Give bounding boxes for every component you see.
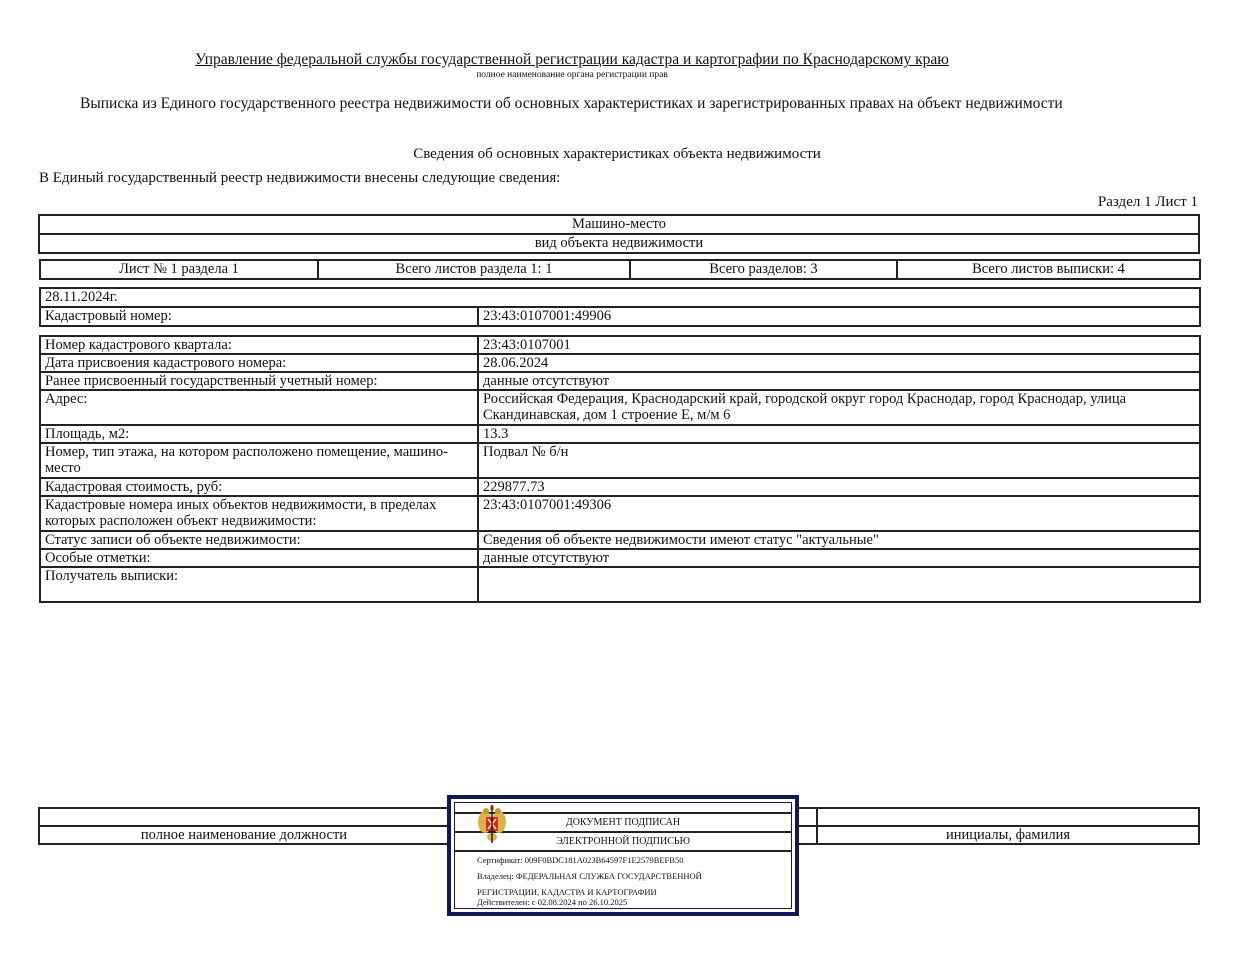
stamp-divider — [455, 850, 791, 852]
stamp-inner-border: ДОКУМЕНТ ПОДПИСАН ЭЛЕКТРОННОЙ ПОДПИСЬЮ С… — [454, 802, 792, 909]
characteristics-table: Номер кадастрового квартала: 23:43:01070… — [39, 335, 1201, 603]
sections-total: Всего разделов: 3 — [630, 260, 897, 279]
position-field — [39, 808, 449, 826]
cadastral-number-value: 23:43:0107001:49906 — [478, 307, 1200, 326]
section-sheets-total: Всего листов раздела 1: 1 — [318, 260, 630, 279]
stamp-signed-subtitle: ЭЛЕКТРОННОЙ ПОДПИСЬЮ — [455, 836, 791, 847]
row-label: Особые отметки: — [40, 549, 478, 567]
stamp-validity: Действителен: с 02.08.2024 по 26.10.2025 — [477, 897, 627, 907]
object-kind-table: Машино-место вид объекта недвижимости — [38, 214, 1200, 254]
table-row: Кадастровая стоимость, руб: 229877.73 — [40, 478, 1200, 496]
row-value: 23:43:0107001:49306 — [478, 496, 1200, 531]
row-value: Сведения об объекте недвижимости имеют с… — [478, 531, 1200, 549]
sheets-info-table: Лист № 1 раздела 1 Всего листов раздела … — [39, 259, 1201, 280]
table-row: Ранее присвоенный государственный учетны… — [40, 372, 1200, 390]
name-caption: инициалы, фамилия — [817, 826, 1199, 844]
section-title: Сведения об основных характеристиках объ… — [0, 146, 1234, 163]
row-value: Российская Федерация, Краснодарский край… — [478, 390, 1200, 425]
object-kind-value: Машино-место — [39, 215, 1199, 234]
row-value: 13.3 — [478, 425, 1200, 443]
extract-sheets-total: Всего листов выписки: 4 — [897, 260, 1200, 279]
intro-text: В Единый государственный реестр недвижим… — [39, 170, 560, 187]
row-value: Подвал № б/н — [478, 443, 1200, 478]
row-label: Площадь, м2: — [40, 425, 478, 443]
row-label: Получатель выписки: — [40, 567, 478, 602]
row-label: Номер, тип этажа, на котором расположено… — [40, 443, 478, 478]
row-label: Адрес: — [40, 390, 478, 425]
table-row: Номер, тип этажа, на котором расположено… — [40, 443, 1200, 478]
sheet-number: Лист № 1 раздела 1 — [40, 260, 318, 279]
table-row: Номер кадастрового квартала: 23:43:01070… — [40, 336, 1200, 354]
extract-date: 28.11.2024г. — [40, 288, 1200, 307]
table-row: Особые отметки: данные отсутствуют — [40, 549, 1200, 567]
row-label: Номер кадастрового квартала: — [40, 336, 478, 354]
organization-name-text: Управление федеральной службы государств… — [195, 51, 949, 68]
sheet-reference: Раздел 1 Лист 1 — [1098, 194, 1198, 211]
header-info-table: 28.11.2024г. Кадастровый номер: 23:43:01… — [39, 287, 1201, 327]
stamp-owner-line2: РЕГИСТРАЦИИ, КАДАСТРА И КАРТОГРАФИИ — [477, 887, 657, 897]
table-row: Площадь, м2: 13.3 — [40, 425, 1200, 443]
position-caption: полное наименование должности — [39, 826, 449, 844]
row-label: Статус записи об объекте недвижимости: — [40, 531, 478, 549]
stamp-owner-line1: Владелец: ФЕДЕРАЛЬНАЯ СЛУЖБА ГОСУДАРСТВЕ… — [477, 871, 702, 881]
row-value — [478, 567, 1200, 602]
stamp-certificate: Сертификат: 009F0BDC181A023B64597F1E2579… — [477, 855, 683, 865]
organization-name: Управление федеральной службы государств… — [0, 51, 1144, 69]
row-value: данные отсутствуют — [478, 372, 1200, 390]
table-row: Получатель выписки: — [40, 567, 1200, 602]
document-title: Выписка из Единого государственного реес… — [80, 95, 1063, 113]
organization-caption: полное наименование органа регистрации п… — [0, 70, 1144, 80]
row-label: Ранее присвоенный государственный учетны… — [40, 372, 478, 390]
row-label: Дата присвоения кадастрового номера: — [40, 354, 478, 372]
row-label: Кадастровая стоимость, руб: — [40, 478, 478, 496]
table-row: Адрес: Российская Федерация, Краснодарск… — [40, 390, 1200, 425]
row-value: 229877.73 — [478, 478, 1200, 496]
object-kind-caption: вид объекта недвижимости — [39, 234, 1199, 253]
electronic-signature-stamp: ДОКУМЕНТ ПОДПИСАН ЭЛЕКТРОННОЙ ПОДПИСЬЮ С… — [447, 795, 799, 916]
table-row: Дата присвоения кадастрового номера: 28.… — [40, 354, 1200, 372]
table-row: Кадастровые номера иных объектов недвижи… — [40, 496, 1200, 531]
row-value: 23:43:0107001 — [478, 336, 1200, 354]
row-label: Кадастровые номера иных объектов недвижи… — [40, 496, 478, 531]
table-row: Статус записи об объекте недвижимости: С… — [40, 531, 1200, 549]
row-value: данные отсутствуют — [478, 549, 1200, 567]
name-field — [817, 808, 1199, 826]
cadastral-number-label: Кадастровый номер: — [40, 307, 478, 326]
stamp-signed-title: ДОКУМЕНТ ПОДПИСАН — [455, 817, 791, 828]
row-value: 28.06.2024 — [478, 354, 1200, 372]
